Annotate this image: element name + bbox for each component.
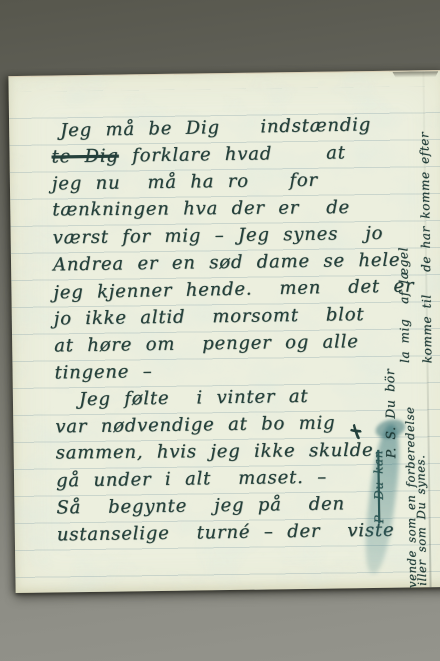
handwritten-line-rest: forklare hvad at [119,142,346,166]
photo-background: Jeg må be Dig indstændig te Dig forklare… [0,0,440,661]
margin-postscript-line2: iller som Du synes. [413,451,427,586]
handwritten-line: tænkningen hva der er de [52,194,400,224]
letter-body: Jeg må be Dig indstændig te Dig forklare… [51,112,405,549]
handwritten-line: sammen, hvis jeg ikke skulde [56,436,404,466]
handwritten-line: ustanselige turné – der viste [57,517,405,549]
corner-fold-shadow [392,71,438,79]
letter-paper: Jeg må be Dig indstændig te Dig forklare… [8,70,440,593]
struck-words: te Dig [51,146,118,168]
margin-postscript-struck: P Du kan [371,413,386,523]
handwritten-line: jeg nu må ha ro for [52,166,400,198]
handwritten-line: at høre om penger og alle [54,328,402,360]
margin-note-upper-inner: la mig af lægel [396,233,411,363]
